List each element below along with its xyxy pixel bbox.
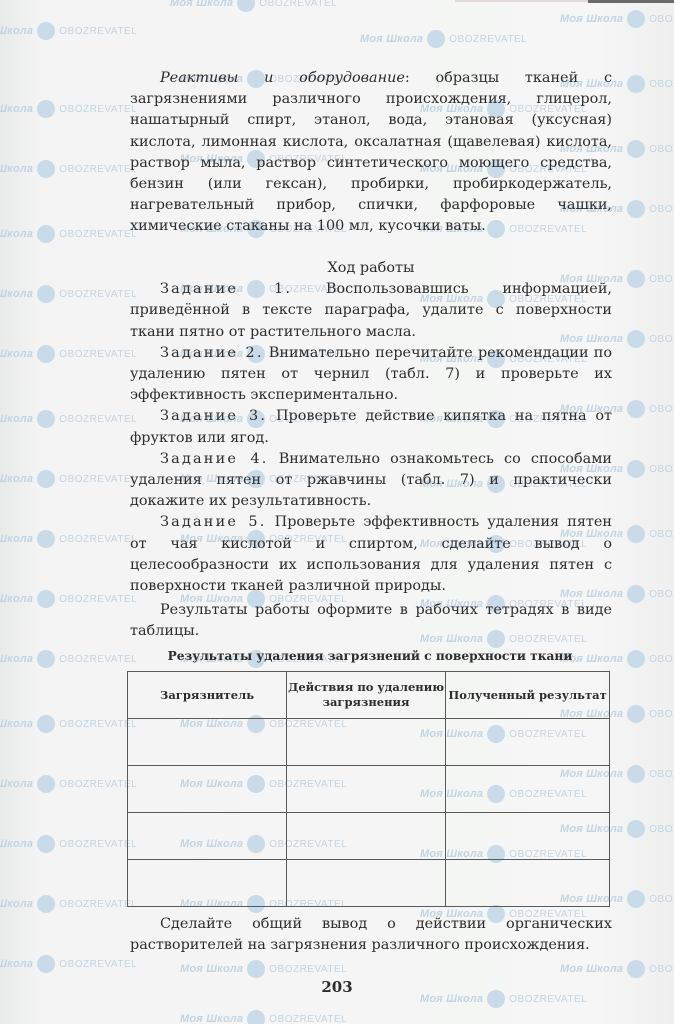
task-4: Задание 4. Внимательно ознакомьтесь со с…: [130, 449, 612, 513]
watermark: Моя ШколаOBOZREVATEL: [0, 775, 137, 793]
table-row: [128, 766, 610, 813]
materials-text: : образцы тканей с загрязнениями различн…: [130, 70, 612, 234]
table-cell: [446, 766, 610, 813]
watermark-logo-icon: [627, 140, 645, 158]
task-3: Задание 3. Проверьте действие кипятка на…: [130, 406, 612, 448]
watermark-logo-icon: [37, 22, 55, 40]
watermark-brand-2: OBOZREVATEL: [649, 274, 674, 285]
task-label: Задание 2.: [160, 345, 264, 361]
watermark-logo-icon: [37, 470, 55, 488]
watermark: Моя ШколаOBOZREVATEL: [0, 22, 137, 40]
watermark: Моя ШколаOBOZREVATEL: [0, 100, 137, 118]
watermark-brand-2: OBOZREVATEL: [649, 894, 674, 905]
header-result: Полученный результат: [446, 672, 610, 719]
task-1: Задание 1. Воспользовавшись информацией,…: [130, 279, 612, 343]
materials-label: Реактивы и оборудование: [160, 70, 405, 86]
watermark-brand: Моя Школа: [0, 103, 33, 115]
watermark-logo-icon: [37, 285, 55, 303]
top-edge-dark-bar: [588, 0, 674, 3]
watermark-brand-2: OBOZREVATEL: [649, 709, 674, 720]
watermark-logo-icon: [247, 960, 265, 978]
watermark-brand: Моя Школа: [0, 778, 33, 790]
watermark-brand: Моя Школа: [0, 413, 33, 425]
watermark-brand-2: OBOZREVATEL: [59, 164, 137, 175]
watermark-logo-icon: [627, 890, 645, 908]
watermark: Моя ШколаOBOZREVATEL: [0, 410, 137, 428]
task-label: Задание 4.: [160, 451, 269, 467]
watermark-logo-icon: [37, 650, 55, 668]
table-cell: [128, 860, 287, 907]
watermark-logo-icon: [627, 960, 645, 978]
watermark: Моя ШколаOBOZREVATEL: [170, 0, 337, 12]
watermark: Моя ШколаOBOZREVATEL: [0, 715, 137, 733]
watermark-brand-2: OBOZREVATEL: [649, 79, 674, 90]
watermark: Моя ШколаOBOZREVATEL: [0, 835, 137, 853]
watermark-logo-icon: [427, 30, 445, 48]
watermark: Моя ШколаOBOZREVATEL: [0, 650, 137, 668]
watermark-logo-icon: [627, 820, 645, 838]
watermark-brand-2: OBOZREVATEL: [59, 289, 137, 300]
watermark-brand-2: OBOZREVATEL: [269, 1014, 347, 1024]
watermark-logo-icon: [37, 895, 55, 913]
watermark-logo-icon: [627, 765, 645, 783]
table-cell: [446, 860, 610, 907]
watermark-brand: Моя Школа: [0, 25, 33, 37]
watermark-logo-icon: [37, 530, 55, 548]
watermark-logo-icon: [37, 715, 55, 733]
watermark-brand-2: OBOZREVATEL: [59, 594, 137, 605]
watermark-logo-icon: [627, 525, 645, 543]
procedure-section: Ход работы Задание 1. Воспользовавшись и…: [130, 258, 612, 643]
watermark-logo-icon: [627, 200, 645, 218]
watermark: Моя ШколаOBOZREVATEL: [0, 160, 137, 178]
watermark: Моя ШколаOBOZREVATEL: [0, 895, 137, 913]
watermark-brand-2: OBOZREVATEL: [649, 529, 674, 540]
watermark-brand: Моя Школа: [0, 898, 33, 910]
watermark-logo-icon: [627, 705, 645, 723]
watermark: Моя ШколаOBOZREVATEL: [0, 285, 137, 303]
watermark-logo-icon: [37, 410, 55, 428]
watermark: Моя ШколаOBOZREVATEL: [560, 960, 674, 978]
watermark-logo-icon: [37, 590, 55, 608]
watermark: Моя ШколаOBOZREVATEL: [0, 345, 137, 363]
watermark: Моя ШколаOBOZREVATEL: [180, 960, 347, 978]
watermark-brand: Моя Школа: [180, 963, 243, 975]
table-cell: [287, 719, 446, 766]
watermark-brand-2: OBOZREVATEL: [649, 14, 674, 25]
watermark-brand: Моя Школа: [0, 533, 33, 545]
watermark: Моя ШколаOBOZREVATEL: [560, 10, 674, 28]
watermark-brand: Моя Школа: [0, 718, 33, 730]
watermark-brand-2: OBOZREVATEL: [449, 34, 527, 45]
results-table: Загрязнитель Действия по удалению загряз…: [127, 671, 610, 907]
task-5: Задание 5. Проверьте эффективность удале…: [130, 512, 612, 597]
table-cell: [287, 766, 446, 813]
watermark-logo-icon: [627, 270, 645, 288]
table-cell: [287, 813, 446, 860]
watermark-brand-2: OBOZREVATEL: [649, 824, 674, 835]
watermark: Моя ШколаOBOZREVATEL: [180, 1010, 347, 1024]
watermark-logo-icon: [627, 330, 645, 348]
watermark-brand: Моя Школа: [360, 33, 423, 45]
table-row: [128, 860, 610, 907]
task-label: Задание 5.: [160, 514, 267, 530]
results-note: Результаты работы оформите в рабочих тет…: [130, 600, 612, 642]
watermark-brand-2: OBOZREVATEL: [59, 534, 137, 545]
task-2: Задание 2. Внимательно перечитайте реком…: [130, 343, 612, 407]
watermark-brand-2: OBOZREVATEL: [649, 204, 674, 215]
watermark: Моя ШколаOBOZREVATEL: [360, 30, 527, 48]
watermark-logo-icon: [237, 0, 255, 12]
watermark-logo-icon: [627, 75, 645, 93]
watermark-logo-icon: [37, 225, 55, 243]
materials-section: Реактивы и оборудование: образцы тканей …: [130, 68, 612, 238]
watermark-brand: Моя Школа: [180, 1013, 243, 1024]
table-cell: [128, 766, 287, 813]
watermark-brand-2: OBOZREVATEL: [649, 404, 674, 415]
watermark: Моя ШколаOBOZREVATEL: [0, 225, 137, 243]
watermark-brand: Моя Школа: [0, 473, 33, 485]
watermark-brand-2: OBOZREVATEL: [649, 654, 674, 665]
watermark-brand-2: OBOZREVATEL: [59, 349, 137, 360]
page-number: 203: [0, 978, 674, 996]
watermark-logo-icon: [627, 400, 645, 418]
watermark-brand-2: OBOZREVATEL: [649, 334, 674, 345]
watermark-logo-icon: [37, 160, 55, 178]
table-cell: [446, 813, 610, 860]
watermark-logo-icon: [627, 10, 645, 28]
watermark-brand-2: OBOZREVATEL: [59, 719, 137, 730]
watermark-logo-icon: [247, 1010, 265, 1024]
table-cell: [128, 813, 287, 860]
watermark-brand-2: OBOZREVATEL: [59, 959, 137, 970]
table-cell: [287, 860, 446, 907]
watermark-brand: Моя Школа: [560, 963, 623, 975]
watermark: Моя ШколаOBOZREVATEL: [0, 470, 137, 488]
watermark: Моя ШколаOBOZREVATEL: [0, 590, 137, 608]
watermark-logo-icon: [37, 100, 55, 118]
watermark-brand-2: OBOZREVATEL: [649, 589, 674, 600]
watermark-brand-2: OBOZREVATEL: [649, 769, 674, 780]
table-caption: Результаты удаления загрязнений с поверх…: [124, 649, 616, 663]
watermark-brand-2: OBOZREVATEL: [59, 104, 137, 115]
procedure-title: Ход работы: [130, 258, 612, 279]
watermark-logo-icon: [627, 585, 645, 603]
watermark-brand-2: OBOZREVATEL: [649, 964, 674, 975]
watermark-brand: Моя Школа: [0, 593, 33, 605]
conclusion-section: Сделайте общий вывод о действии органиче…: [130, 914, 612, 956]
watermark-brand: Моя Школа: [0, 653, 33, 665]
watermark-brand: Моя Школа: [0, 163, 33, 175]
watermark-logo-icon: [37, 345, 55, 363]
watermark-brand: Моя Школа: [0, 288, 33, 300]
watermark-brand-2: OBOZREVATEL: [59, 839, 137, 850]
watermark-logo-icon: [37, 835, 55, 853]
watermark-brand-2: OBOZREVATEL: [59, 26, 137, 37]
watermark-brand-2: OBOZREVATEL: [59, 474, 137, 485]
watermark-logo-icon: [627, 460, 645, 478]
watermark-brand: Моя Школа: [0, 838, 33, 850]
book-page: Моя ШколаOBOZREVATELМоя ШколаOBOZREVATEL…: [0, 0, 674, 1024]
watermark-brand: Моя Школа: [0, 348, 33, 360]
watermark-brand-2: OBOZREVATEL: [59, 899, 137, 910]
watermark-brand: Моя Школа: [170, 0, 233, 9]
task-label: Задание 1.: [160, 281, 292, 297]
watermark-brand: Моя Школа: [0, 228, 33, 240]
watermark-brand-2: OBOZREVATEL: [59, 229, 137, 240]
task-label: Задание 3.: [160, 408, 267, 424]
conclusion-text: Сделайте общий вывод о действии органиче…: [130, 914, 612, 956]
watermark-brand-2: OBOZREVATEL: [269, 964, 347, 975]
watermark-brand-2: OBOZREVATEL: [259, 0, 337, 9]
watermark: Моя ШколаOBOZREVATEL: [0, 955, 137, 973]
watermark-brand: Моя Школа: [560, 13, 623, 25]
table-row: [128, 719, 610, 766]
table-cell: [128, 719, 287, 766]
watermark-brand-2: OBOZREVATEL: [59, 779, 137, 790]
header-pollutant: Загрязнитель: [128, 672, 287, 719]
watermark-logo-icon: [627, 650, 645, 668]
table-header-row: Загрязнитель Действия по удалению загряз…: [128, 672, 610, 719]
header-actions: Действия по удалению загрязнения: [287, 672, 446, 719]
table-cell: [446, 719, 610, 766]
table-row: [128, 813, 610, 860]
watermark-logo-icon: [37, 775, 55, 793]
watermark: Моя ШколаOBOZREVATEL: [0, 530, 137, 548]
watermark-brand-2: OBOZREVATEL: [649, 144, 674, 155]
watermark-brand-2: OBOZREVATEL: [649, 464, 674, 475]
watermark-brand-2: OBOZREVATEL: [59, 414, 137, 425]
watermark-logo-icon: [37, 955, 55, 973]
watermark-brand: Моя Школа: [0, 958, 33, 970]
